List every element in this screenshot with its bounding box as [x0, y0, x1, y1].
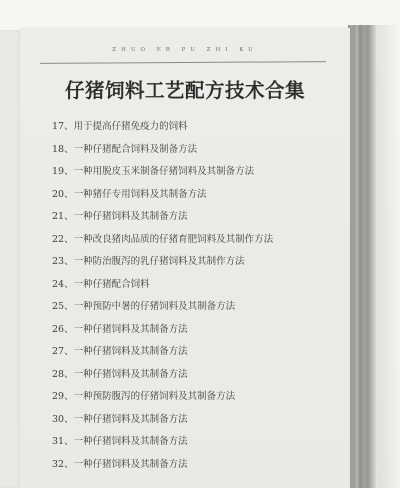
toc-item: 17、用于提高仔猪免疫力的饲料: [52, 116, 342, 139]
book-shadow: [378, 25, 400, 488]
toc-text: 用于提高仔猪免疫力的饲料: [74, 121, 188, 132]
toc-text: 一种仔猪饲料及其制备方法: [74, 459, 188, 470]
toc-item: 28、一种仔猪饲料及其制备方法: [52, 364, 342, 387]
toc-item: 30、一种仔猪饲料及其制备方法: [52, 409, 342, 432]
left-page-edge: [0, 30, 22, 488]
book-page: ZHUO ER PU ZHI KU 仔猪饲料工艺配方技术合集 17、用于提高仔猪…: [20, 28, 350, 488]
header-divider: [40, 61, 326, 64]
toc-text: 一种仔猪饲料及其制备方法: [74, 436, 188, 447]
toc-number: 26、: [52, 324, 74, 335]
toc-number: 20、: [52, 189, 74, 200]
toc-text: 一种仔猪饲料及其制备方法: [74, 324, 188, 335]
toc-text: 一种用脱皮玉米制备仔猪饲料及其制备方法: [74, 166, 255, 177]
toc-number: 22、: [52, 234, 74, 245]
toc-number: 29、: [52, 391, 74, 402]
toc-number: 32、: [52, 459, 74, 470]
page-title: 仔猪饲料工艺配方技术合集: [20, 75, 350, 103]
toc-item: 20、一种猪仔专用饲料及其制备方法: [52, 184, 342, 207]
toc-text: 一种仔猪饲料及其制备方法: [74, 346, 188, 357]
toc-text: 一种预防中暑的仔猪饲料及其制备方法: [74, 301, 236, 312]
toc-number: 28、: [52, 369, 74, 380]
toc-text: 一种仔猪饲料及其制备方法: [74, 211, 188, 222]
toc-text: 一种仔猪饲料及其制备方法: [74, 414, 188, 425]
toc-item: 25、一种预防中暑的仔猪饲料及其制备方法: [52, 296, 342, 319]
table-of-contents: 17、用于提高仔猪免疫力的饲料 18、一种仔猪配合饲料及制备方法 19、一种用脱…: [52, 116, 342, 476]
toc-number: 21、: [52, 211, 74, 222]
toc-text: 一种仔猪配合饲料: [74, 279, 150, 290]
toc-number: 31、: [52, 436, 74, 447]
toc-item: 26、一种仔猪饲料及其制备方法: [52, 319, 342, 342]
toc-item: 18、一种仔猪配合饲料及制备方法: [52, 139, 342, 162]
toc-number: 17、: [52, 121, 74, 132]
toc-item: 27、一种仔猪饲料及其制备方法: [52, 341, 342, 364]
toc-number: 18、: [52, 144, 74, 155]
running-head: ZHUO ER PU ZHI KU: [20, 47, 350, 53]
toc-text: 一种仔猪饲料及其制备方法: [74, 369, 188, 380]
toc-text: 一种防治腹泻的乳仔猪饲料及其制作方法: [74, 256, 245, 267]
book-page-edges: [348, 25, 378, 488]
toc-item: 22、一种改良猪肉品质的仔猪育肥饲料及其制作方法: [52, 229, 342, 252]
toc-text: 一种预防腹泻的仔猪饲料及其制备方法: [74, 391, 236, 402]
toc-item: 29、一种预防腹泻的仔猪饲料及其制备方法: [52, 386, 342, 409]
toc-number: 23、: [52, 256, 74, 267]
toc-number: 24、: [52, 279, 74, 290]
toc-item: 31、一种仔猪饲料及其制备方法: [52, 431, 342, 454]
toc-number: 27、: [52, 346, 74, 357]
toc-item: 19、一种用脱皮玉米制备仔猪饲料及其制备方法: [52, 161, 342, 184]
toc-text: 一种仔猪配合饲料及制备方法: [74, 144, 198, 155]
toc-number: 25、: [52, 301, 74, 312]
toc-text: 一种猪仔专用饲料及其制备方法: [74, 189, 207, 200]
toc-item: 23、一种防治腹泻的乳仔猪饲料及其制作方法: [52, 251, 342, 274]
toc-item: 24、一种仔猪配合饲料: [52, 274, 342, 297]
toc-text: 一种改良猪肉品质的仔猪育肥饲料及其制作方法: [74, 234, 274, 245]
toc-item: 32、一种仔猪饲料及其制备方法: [52, 454, 342, 477]
toc-number: 30、: [52, 414, 74, 425]
toc-item: 21、一种仔猪饲料及其制备方法: [52, 206, 342, 229]
toc-number: 19、: [52, 166, 74, 177]
